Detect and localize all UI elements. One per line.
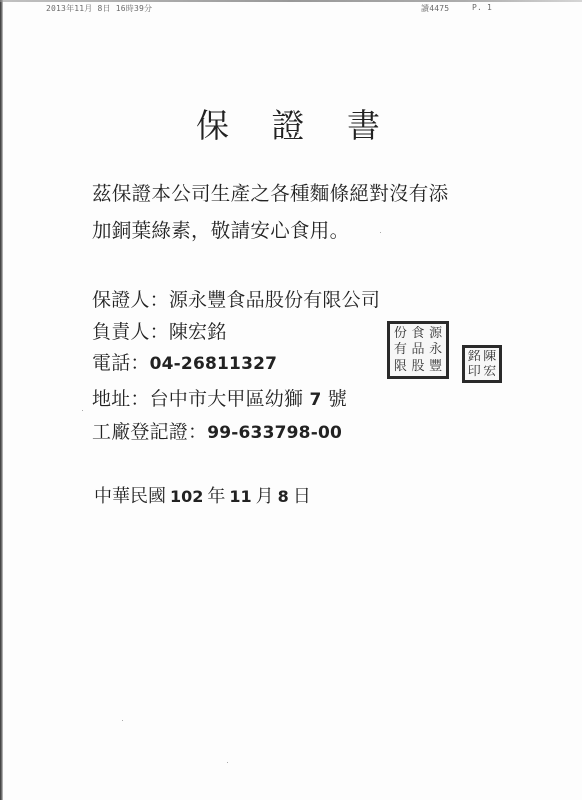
date-day: 8 <box>278 487 289 506</box>
fax-header-datetime: 2013年11月 8日 16時39分 <box>46 3 152 14</box>
address-label: 地址： <box>92 388 150 410</box>
phone-value: 04-26811327 <box>150 354 278 374</box>
address-line: 地址：台中市大甲區幼獅 7 號 <box>92 384 347 411</box>
seal-char: 限 <box>392 359 409 374</box>
company-seal-stamp: 源 永 豐 食 品 股 份 有 限 <box>387 321 449 379</box>
seal-char: 豐 <box>427 359 444 374</box>
scan-speck <box>227 762 228 763</box>
seal-char: 有 <box>392 342 409 357</box>
address-value-suffix: 號 <box>322 388 347 410</box>
personal-seal-stamp: 陳 宏 銘 印 <box>462 345 502 383</box>
seal-char: 源 <box>427 326 444 341</box>
factory-registration-value: 99-633798-00 <box>207 423 342 443</box>
seal-char: 銘 <box>467 350 482 364</box>
seal-char: 陳 <box>483 350 498 364</box>
guarantor-value: 源永豐食品股份有限公司 <box>169 289 380 311</box>
seal-char: 印 <box>467 365 482 379</box>
responsible-person-label: 負責人： <box>92 321 169 343</box>
seal-char: 宏 <box>483 365 498 379</box>
scan-speck <box>82 410 83 411</box>
seal-char: 份 <box>392 326 409 341</box>
fax-header-page: P. 1 <box>472 3 492 12</box>
body-line-2: 加銅葉綠素，敬請安心食用。 <box>92 215 349 243</box>
document-title: 保 證 書 <box>0 100 582 147</box>
guarantor-line: 保證人：源永豐食品股份有限公司 <box>92 285 380 312</box>
document-date: 中華民國102年11月8日 <box>94 482 311 508</box>
date-month: 11 <box>229 487 251 506</box>
scan-speck <box>380 232 381 233</box>
address-value-number: 7 <box>309 390 321 410</box>
phone-line: 電話：04-26811327 <box>92 348 277 375</box>
body-line-1: 茲保證本公司生產之各種麵條絕對沒有添 <box>92 178 448 206</box>
seal-char: 股 <box>410 359 427 374</box>
phone-label: 電話： <box>92 352 150 374</box>
date-month-unit: 月 <box>256 486 274 507</box>
factory-registration-label: 工廠登記證： <box>92 421 207 443</box>
factory-registration-line: 工廠登記證：99-633798-00 <box>92 417 342 444</box>
date-year: 102 <box>170 487 203 506</box>
seal-char: 永 <box>427 342 444 357</box>
guarantor-label: 保證人： <box>92 289 169 311</box>
date-year-unit: 年 <box>207 486 225 507</box>
responsible-person-line: 負責人：陳宏銘 <box>92 317 226 344</box>
fax-header-id: 讀4475 <box>421 3 449 14</box>
seal-char: 食 <box>410 326 427 341</box>
scan-top-edge <box>0 0 582 2</box>
date-day-unit: 日 <box>293 486 311 507</box>
date-era: 中華民國 <box>94 486 166 507</box>
responsible-person-value: 陳宏銘 <box>169 321 227 343</box>
seal-char: 品 <box>410 342 427 357</box>
address-value-prefix: 台中市大甲區幼獅 <box>150 388 304 410</box>
scan-speck <box>122 720 123 721</box>
